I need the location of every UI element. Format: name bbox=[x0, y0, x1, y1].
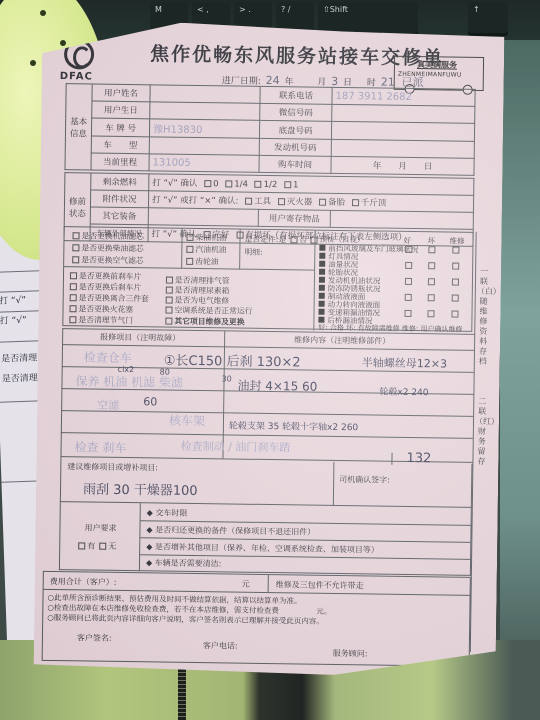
advisor-label: 服务顾问: bbox=[333, 648, 368, 659]
customer-sign-label: 客户签名: bbox=[77, 632, 112, 643]
phone-label: 联系电话 bbox=[260, 86, 332, 104]
cost-unit: 元 bbox=[242, 579, 250, 590]
oil-item: 汽油机油 bbox=[195, 245, 226, 254]
checkbox[interactable] bbox=[73, 232, 80, 239]
birthday-label: 用户生日 bbox=[92, 101, 150, 119]
scheduled-label: 是否定件: bbox=[244, 235, 278, 244]
checkbox[interactable] bbox=[405, 278, 412, 285]
chassis-label: 底盘号码 bbox=[259, 120, 331, 139]
checkbox[interactable] bbox=[405, 246, 412, 253]
repair-order-form: DFAC 焦作优畅东风服务站接车交修单 真美满服务 ZHENMEIMANFUWU… bbox=[33, 21, 504, 677]
checkbox[interactable] bbox=[70, 272, 77, 279]
suggestion-label: 建议维修项目或增补项目: bbox=[67, 461, 158, 473]
col-repair: 维修 bbox=[449, 236, 464, 247]
stored-items-label: 用户寄存物品 bbox=[258, 209, 330, 227]
filter-item: 是否更换机油滤芯 bbox=[81, 231, 143, 241]
purchase-date-field[interactable]: 年 月 日 bbox=[331, 156, 474, 175]
checkbox[interactable] bbox=[186, 246, 193, 253]
chassis-field[interactable] bbox=[331, 121, 474, 141]
checkbox[interactable] bbox=[166, 297, 173, 304]
check-item: 其它项目维修及更换 bbox=[174, 317, 244, 327]
checkbox[interactable] bbox=[166, 287, 173, 294]
request-item: 交车时限 bbox=[155, 508, 187, 517]
check-item: 是否更换前刹车片 bbox=[79, 271, 141, 281]
reported-item: 检查仓车 bbox=[84, 348, 132, 366]
fuel-option: 1/2 bbox=[264, 180, 278, 190]
key-arrow-up: ↑ bbox=[468, 2, 508, 36]
reported-item: 检查 刹车 bbox=[74, 438, 126, 456]
reported-item: 空滤 bbox=[97, 397, 119, 413]
attachments-prefix: 打 “√” 或打 “×” 确认: bbox=[152, 195, 238, 206]
other-equipment-label: 其它装备 bbox=[90, 207, 148, 225]
fuel-option: 1 bbox=[293, 180, 299, 190]
attachment-option: 工具 bbox=[254, 197, 271, 207]
request-item: 是否增补其他项目（保养、年检、空调系统检查、加装项目等） bbox=[155, 542, 379, 554]
handwritten-note: 80 bbox=[160, 367, 170, 376]
request-option: 无 bbox=[108, 542, 116, 551]
checkbox[interactable] bbox=[204, 180, 211, 187]
customer-phone-label: 客户电话: bbox=[203, 640, 238, 651]
logo-text: DFAC bbox=[60, 71, 93, 82]
yes-label: 是 bbox=[278, 235, 286, 244]
checkbox[interactable] bbox=[245, 198, 252, 205]
customer-name-label: 用户姓名 bbox=[92, 84, 150, 102]
repair-section: 报修项目（注明故障） 维修内容（注明维修部件） 检查仓车 保养 机油 机滤 柴滤… bbox=[60, 328, 474, 464]
checkbox[interactable] bbox=[428, 278, 435, 285]
checkbox[interactable] bbox=[290, 236, 297, 243]
attachment-option: 千斤顶 bbox=[361, 198, 387, 208]
checkbox[interactable] bbox=[70, 294, 77, 301]
birthday-field[interactable] bbox=[150, 102, 260, 121]
basic-info-label: 基本信息 bbox=[65, 84, 92, 170]
teal-background bbox=[500, 40, 540, 720]
checkbox[interactable] bbox=[428, 246, 435, 253]
request-option: 有 bbox=[87, 541, 95, 550]
checkbox[interactable] bbox=[165, 318, 172, 325]
request-item: 是否归还更换的备件（保修项目不退还旧件） bbox=[155, 525, 315, 536]
fuel-prefix: 打 “√” 确认 bbox=[152, 178, 197, 189]
checkbox[interactable] bbox=[404, 310, 411, 317]
cost-note: 维修及三包件不允许带走 bbox=[276, 579, 364, 591]
notice-item: 服务顾问已将此页内容详细向客户说明，客户签名则表示已理解并接受此页内容。 bbox=[54, 613, 324, 626]
maintenance-checks: 是否更换机油滤芯 是否更换柴油滤芯 是否更换空气滤芯 柴油机油 汽油机油 齿轮油… bbox=[62, 226, 473, 332]
check-item: 是否更换离合三件套 bbox=[79, 293, 149, 303]
checkbox[interactable] bbox=[70, 283, 77, 290]
customer-name-field[interactable] bbox=[150, 85, 260, 104]
handwritten-note: cix2 bbox=[118, 365, 135, 374]
mileage-label: 当前里程 bbox=[91, 153, 149, 171]
check-item: 是否清理节气门 bbox=[78, 315, 133, 325]
driver-sign-label: 司机确认签字: bbox=[339, 474, 390, 486]
total-note: 132 bbox=[406, 451, 431, 466]
cost-label: 费用合计（客户）: bbox=[50, 576, 117, 588]
reported-item: 检查制动 / 油门刹车踏 bbox=[181, 438, 291, 456]
checkbox[interactable] bbox=[166, 277, 173, 284]
checkbox[interactable] bbox=[78, 542, 85, 549]
attachment-option: 灭火器 bbox=[287, 197, 313, 207]
col-bad: 坏 bbox=[427, 235, 435, 246]
checkbox[interactable] bbox=[284, 181, 291, 188]
checkbox[interactable] bbox=[69, 316, 76, 323]
checkbox[interactable] bbox=[186, 258, 193, 265]
repair-line: 油封 4×15 60 bbox=[237, 377, 317, 395]
suggestion-block: 建议维修项目或增补项目: 雨刮 30 干燥器100 司机确认签字: 132 bbox=[60, 458, 473, 508]
detail-label: 明细: bbox=[244, 247, 262, 258]
footer-block: 费用合计（客户）: 元 维修及三包件不允许带走 ○此单所含预诊断结果、预估费用及… bbox=[42, 571, 471, 667]
request-item: 车辆是否需要清洁: bbox=[155, 558, 222, 568]
checkbox[interactable] bbox=[278, 198, 285, 205]
checkbox[interactable] bbox=[255, 181, 262, 188]
checkbox[interactable] bbox=[428, 294, 435, 301]
wechat-field[interactable] bbox=[332, 104, 475, 123]
checkbox[interactable] bbox=[165, 307, 172, 314]
repair-line: 半轴螺丝母12×3 bbox=[362, 354, 447, 371]
checkbox[interactable] bbox=[452, 279, 459, 286]
attachment-option: 备胎 bbox=[328, 198, 345, 208]
repair-line: 轮毂x2 240 bbox=[379, 385, 428, 399]
no-label: 否 bbox=[299, 235, 307, 244]
wechat-label: 微信号码 bbox=[260, 103, 332, 121]
other-equipment-field[interactable] bbox=[148, 208, 258, 227]
plate-field[interactable]: 豫H13830 bbox=[149, 119, 259, 139]
stored-items-field[interactable] bbox=[330, 210, 473, 229]
check-item: 是否更换火花塞 bbox=[78, 304, 133, 314]
checkbox[interactable] bbox=[352, 199, 359, 206]
checkbox[interactable] bbox=[405, 262, 412, 269]
model-label: 车 型 bbox=[91, 136, 149, 154]
checkbox[interactable] bbox=[225, 180, 232, 187]
fuel-option: 1/4 bbox=[234, 179, 248, 189]
reported-items-header: 报修项目（注明故障） bbox=[100, 332, 180, 344]
checkbox[interactable] bbox=[72, 244, 79, 251]
engine-number-label: 发动机号码 bbox=[259, 138, 331, 156]
filter-item: 是否更换柴油滤芯 bbox=[81, 243, 143, 253]
attachments-label: 附件状况 bbox=[90, 190, 148, 208]
basic-info-table: 基本信息 用户姓名 联系电话 187 3911 2682 用户生日 微信号码 车… bbox=[64, 83, 475, 176]
checkbox[interactable] bbox=[405, 294, 412, 301]
check-item: 是否更换后刹车片 bbox=[79, 282, 141, 292]
copy-label-red: 二联（红）财务留存 bbox=[474, 397, 489, 467]
phone-field[interactable]: 187 3911 2682 bbox=[332, 87, 475, 106]
checkbox[interactable] bbox=[452, 263, 459, 270]
purchase-date-label: 购车时间 bbox=[259, 155, 331, 173]
repair-line: 轮毂支架 35 轮毂十字轴x2 260 bbox=[229, 418, 358, 433]
key-shift: ⇧Shift bbox=[318, 2, 418, 36]
mileage-field[interactable]: 131005 bbox=[149, 154, 259, 173]
checkbox[interactable] bbox=[187, 234, 194, 241]
copy-label-white: 一联（白）随维修资料存档 bbox=[476, 267, 491, 367]
customer-request-block: 用户要求 有无 ◆ 交车时限 ◆ 是否归还更换的备件（保修项目不退还旧件） ◆ … bbox=[59, 502, 472, 576]
checkbox[interactable] bbox=[319, 199, 326, 206]
fuel-option: 0 bbox=[213, 179, 219, 189]
checkbox[interactable] bbox=[427, 310, 434, 317]
filter-item: 是否更换空气滤芯 bbox=[81, 255, 143, 265]
reported-item: 核车架 bbox=[169, 412, 205, 430]
repair-line: ①长C150 后刹 130×2 bbox=[164, 350, 301, 371]
engine-number-field[interactable] bbox=[331, 139, 474, 158]
customer-request-label: 用户要求 bbox=[84, 522, 116, 533]
checkbox[interactable] bbox=[99, 543, 106, 550]
checkbox[interactable] bbox=[452, 295, 459, 302]
suggestion-value: 雨刮 30 干燥器100 bbox=[83, 478, 198, 499]
check-item: 空调系统是否正常运行 bbox=[174, 306, 252, 316]
repair-content-header: 维修内容（注明维修部件） bbox=[294, 334, 390, 346]
handwritten-note: 60 bbox=[143, 395, 157, 408]
fuel-label: 剩余燃料 bbox=[91, 173, 149, 191]
inspection-panel: 预检（目视） 好 坏 维修 前挡风玻璃及车门玻璃状况 灯具情况 油量状况 轮胎状… bbox=[313, 231, 474, 333]
checkbox[interactable] bbox=[69, 305, 76, 312]
model-field[interactable] bbox=[149, 137, 259, 156]
checkbox[interactable] bbox=[452, 247, 459, 254]
oil-item: 柴油机油 bbox=[195, 233, 226, 242]
checkbox[interactable] bbox=[72, 256, 79, 263]
oil-item: 齿轮油 bbox=[195, 257, 219, 266]
badge-cn: 真美满服务 bbox=[417, 59, 457, 71]
checkbox[interactable] bbox=[428, 262, 435, 269]
handwritten-note: 30 bbox=[222, 374, 232, 383]
checkbox[interactable] bbox=[451, 311, 458, 318]
plate-label: 车 牌 号 bbox=[91, 118, 149, 137]
